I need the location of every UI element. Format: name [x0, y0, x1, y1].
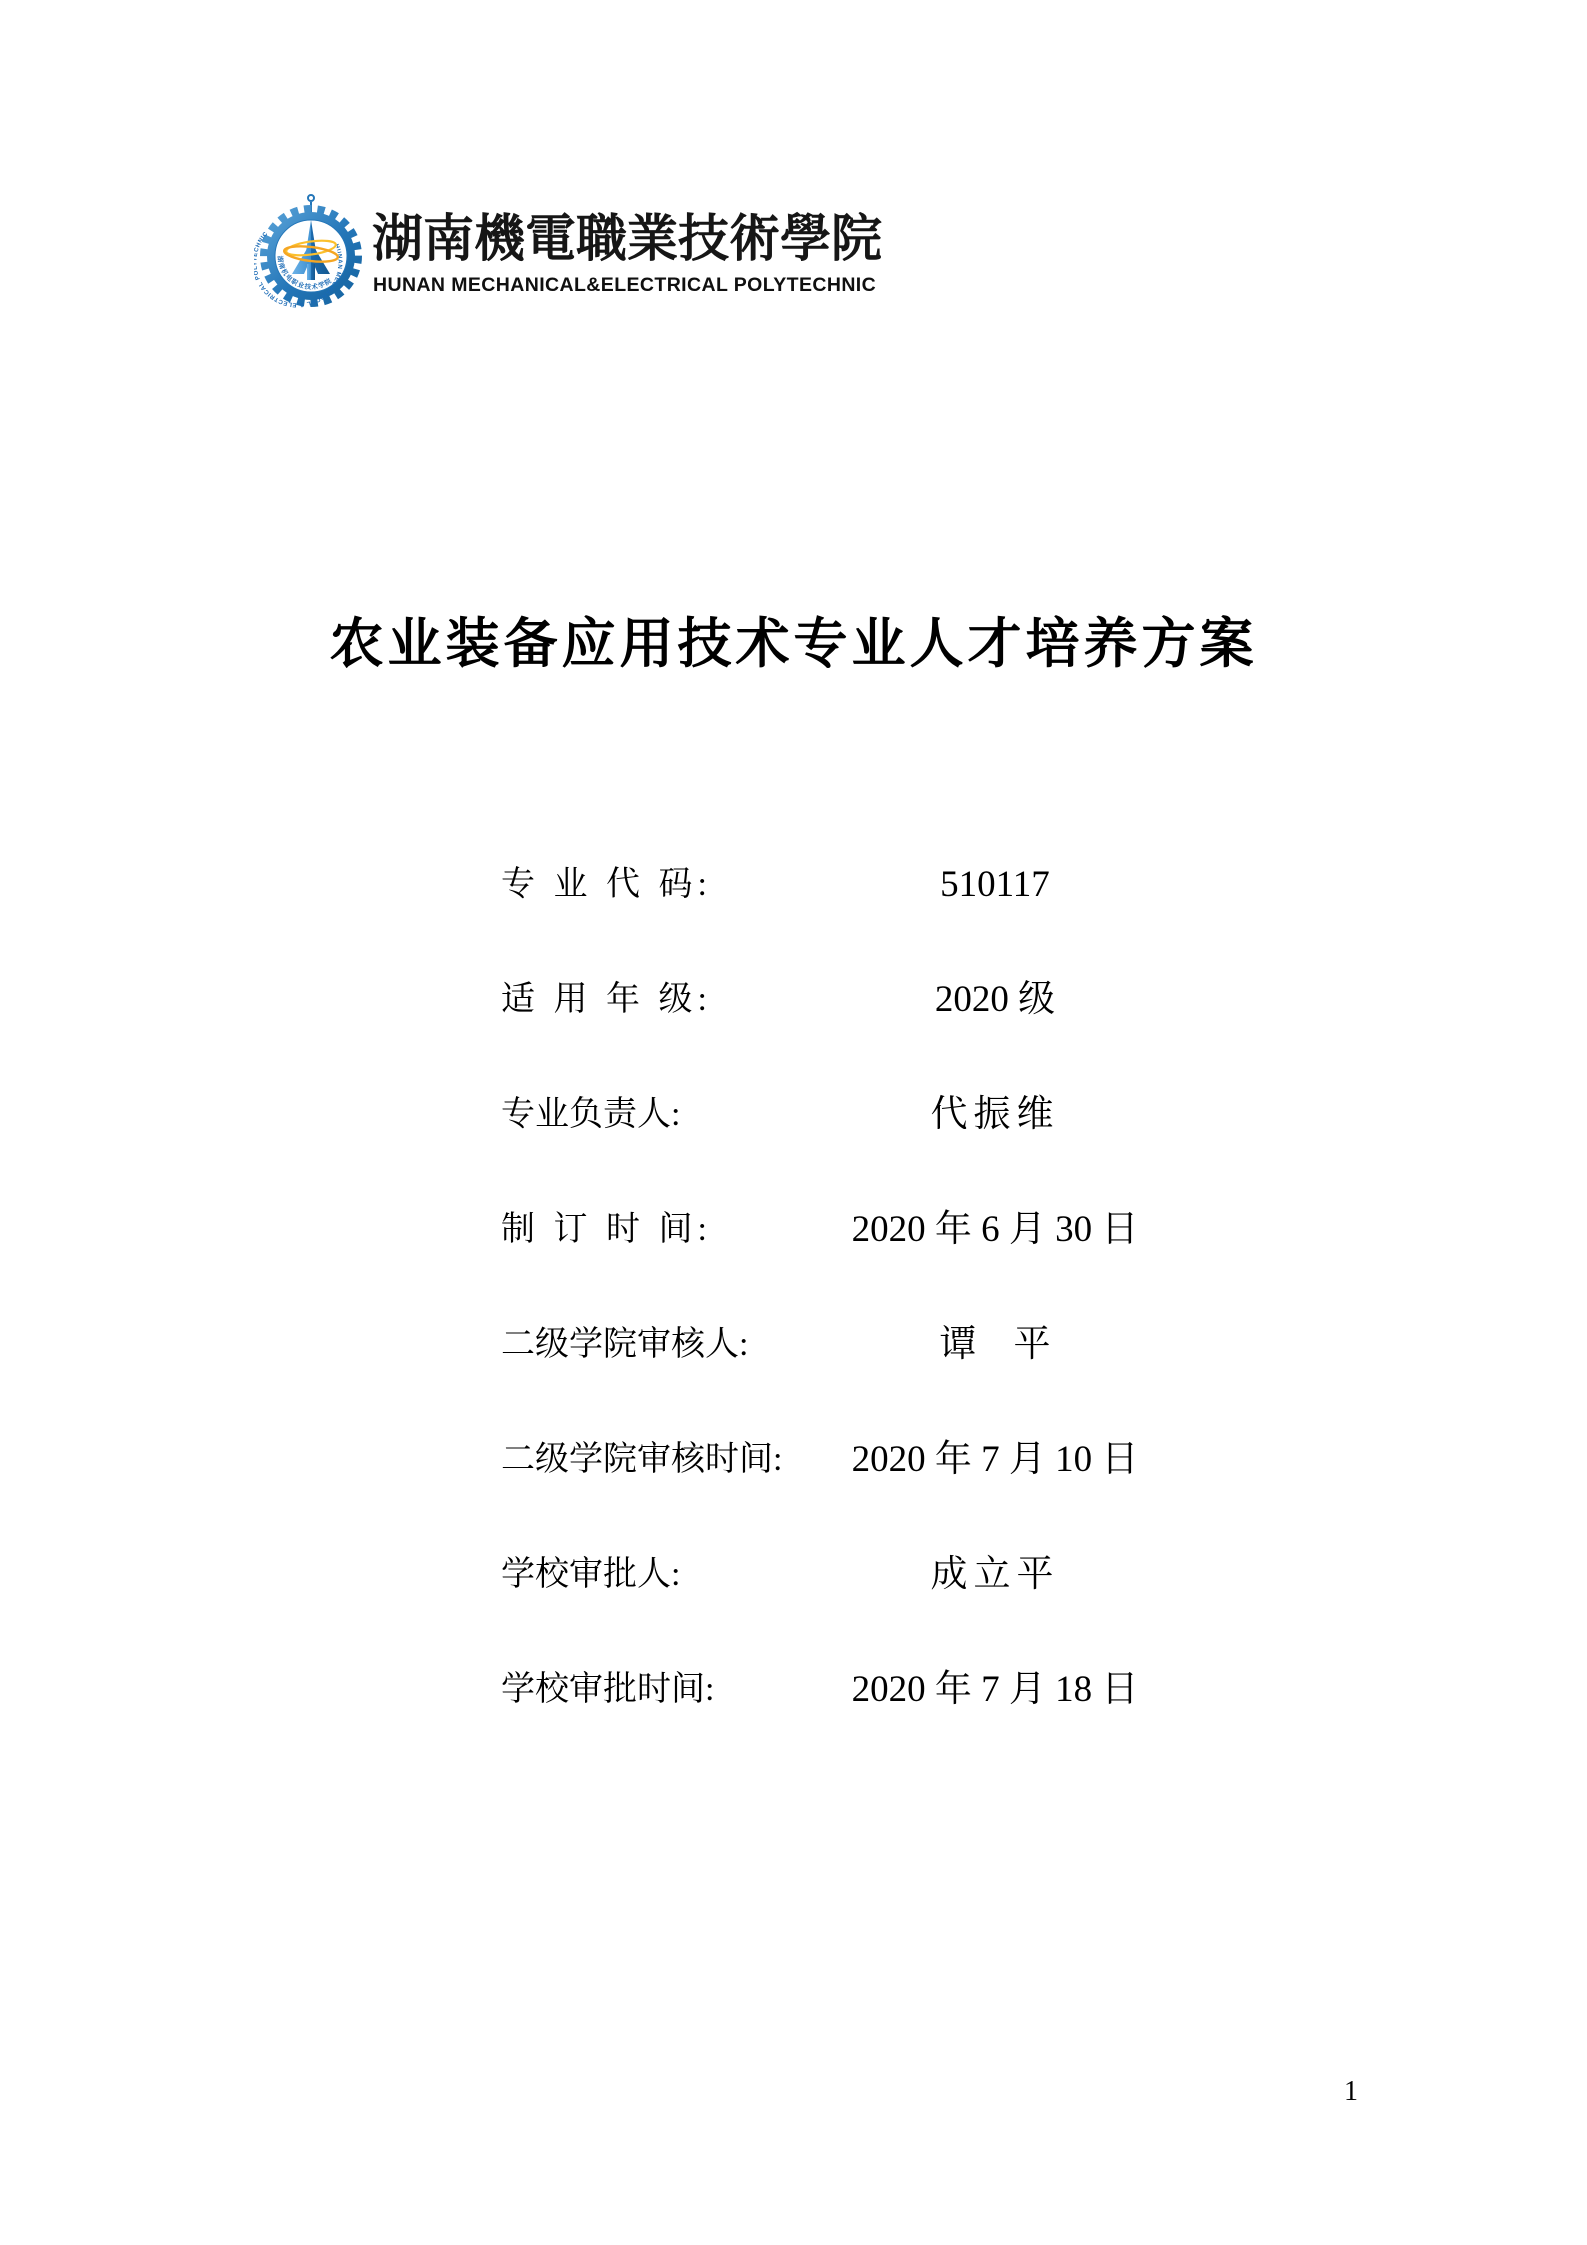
formulation-date-value: 2020 年 6 月 30 日: [765, 1205, 1225, 1255]
form-row-college-review-date: 二级学院审核时间: 2020 年 7 月 10 日: [0, 1435, 1587, 1485]
major-leader-value: 代振维: [765, 1090, 1225, 1140]
college-reviewer-value: 谭 平: [765, 1320, 1225, 1370]
gear-spire-emblem-icon: HUNAN MECHANICAL & ELECTRICAL POLYTECHNI…: [254, 184, 368, 308]
form-row-school-approval-date: 学校审批时间: 2020 年 7 月 18 日: [0, 1665, 1587, 1715]
form-row-major-leader: 专业负责人: 代振维: [0, 1090, 1587, 1140]
school-name-chinese: 湖南機電職業技術學院: [372, 208, 892, 272]
major-leader-label: 专业负责人:: [501, 1090, 680, 1140]
form-row-college-reviewer: 二级学院审核人: 谭 平: [0, 1320, 1587, 1370]
document-page: { "header": { "school_name_zh": "湖南機電職業技…: [0, 0, 1587, 2245]
formulation-date-label: 制 订 时 间:: [501, 1205, 712, 1255]
school-approver-value: 成立平: [765, 1550, 1225, 1600]
page-title: 农业装备应用技术专业人才培养方案: [0, 601, 1587, 678]
major-code-label: 专 业 代 码:: [501, 860, 712, 910]
school-name-english: HUNAN MECHANICAL&ELECTRICAL POLYTECHNIC: [373, 274, 913, 297]
page-number: 1: [1344, 2076, 1358, 2108]
form-row-applicable-grade: 适 用 年 级: 2020 级: [0, 975, 1587, 1025]
college-review-date-label: 二级学院审核时间:: [501, 1435, 782, 1485]
school-logo: HUNAN MECHANICAL & ELECTRICAL POLYTECHNI…: [254, 184, 368, 308]
college-reviewer-label: 二级学院审核人:: [501, 1320, 748, 1370]
major-code-value: 510117: [765, 860, 1225, 910]
form-row-major-code: 专 业 代 码: 510117: [0, 860, 1587, 910]
school-approval-date-value: 2020 年 7 月 18 日: [765, 1665, 1225, 1715]
form-row-formulation-date: 制 订 时 间: 2020 年 6 月 30 日: [0, 1205, 1587, 1255]
form-row-school-approver: 学校审批人: 成立平: [0, 1550, 1587, 1600]
school-approval-date-label: 学校审批时间:: [501, 1665, 714, 1715]
applicable-grade-value: 2020 级: [765, 975, 1225, 1025]
college-review-date-value: 2020 年 7 月 10 日: [765, 1435, 1225, 1485]
school-approver-label: 学校审批人:: [501, 1550, 680, 1600]
applicable-grade-label: 适 用 年 级:: [501, 975, 712, 1025]
